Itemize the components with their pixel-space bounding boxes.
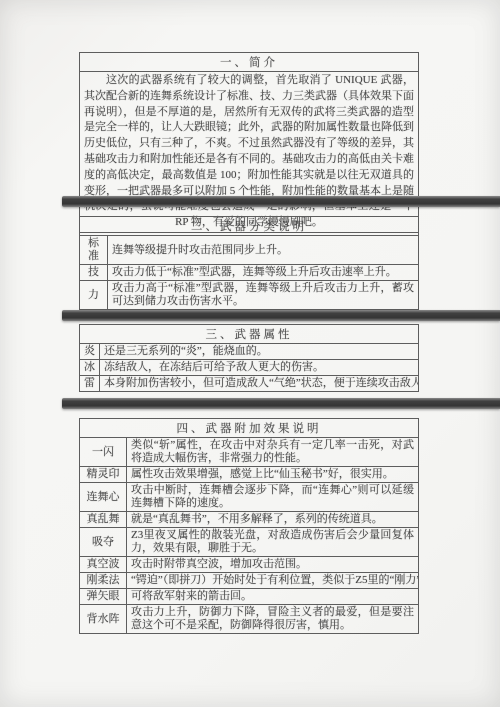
section-weapon-effects-table: 四、武器附加效果说明 一闪 类似“斩”属性，在攻击中对杂兵有一定几率一击死，对武… xyxy=(79,418,419,634)
row-description: 攻击中断时，连舞槽会逐步下降，而“连舞心”则可以延缓连舞槽下降的速度。 xyxy=(127,483,419,512)
scan-divider-bar xyxy=(62,196,500,207)
row-description: 可将敌军射来的箭击回。 xyxy=(127,589,419,605)
intro-paragraph: 这次的武器系统有了较大的调整，首先取消了 UNIQUE 武器，其次配合新的连舞系… xyxy=(80,72,419,233)
section-intro-title: 一、简介 xyxy=(80,53,419,72)
row-label: 雷 xyxy=(80,376,100,392)
row-label: 冰 xyxy=(80,360,100,376)
section-weapon-effects-title: 四、武器附加效果说明 xyxy=(80,419,419,438)
row-description: 类似“斩”属性，在攻击中对杂兵有一定几率一击死，对武将造成大幅伤害，非常强力的性… xyxy=(127,438,419,467)
row-label: 一闪 xyxy=(80,438,127,467)
scanned-document-page: 一、简介 这次的武器系统有了较大的调整，首先取消了 UNIQUE 武器，其次配合… xyxy=(0,0,500,707)
row-description: 就是“真乱舞书”，不用多解释了，系列的传统道具。 xyxy=(127,512,419,528)
row-description: 连舞等级提升时攻击范围同步上升。 xyxy=(108,236,419,265)
table-row: 真空波 攻击时附带真空波，增加攻击范围。 xyxy=(80,557,419,573)
table-row: 炎 还是三无系列的“炎”，能烧血的。 xyxy=(80,344,419,360)
row-label: 力 xyxy=(80,281,108,310)
table-row: 连舞心 攻击中断时，连舞槽会逐步下降，而“连舞心”则可以延缓连舞槽下降的速度。 xyxy=(80,483,419,512)
row-description: 攻击力低于“标准”型武器，连舞等级上升后攻击速率上升。 xyxy=(108,265,419,281)
row-description: 攻击力高于“标准”型武器，连舞等级上升后攻击力上升，蓄攻可达到储力攻击伤害水平。 xyxy=(108,281,419,310)
section-weapon-class-title: 二、武器分类说明 xyxy=(80,217,419,236)
row-description: 还是三无系列的“炎”，能烧血的。 xyxy=(100,344,419,360)
table-row: 一闪 类似“斩”属性，在攻击中对杂兵有一定几率一击死，对武将造成大幅伤害，非常强… xyxy=(80,438,419,467)
row-label: 弹矢眼 xyxy=(80,589,127,605)
row-label: 炎 xyxy=(80,344,100,360)
row-label: 真乱舞 xyxy=(80,512,127,528)
section-weapon-class-table: 二、武器分类说明 标准 连舞等级提升时攻击范围同步上升。 技 攻击力低于“标准”… xyxy=(79,216,419,310)
row-label: 标准 xyxy=(80,236,108,265)
table-row: 力 攻击力高于“标准”型武器，连舞等级上升后攻击力上升，蓄攻可达到储力攻击伤害水… xyxy=(80,281,419,310)
scan-divider-bar xyxy=(62,310,500,321)
table-row: 雷 本身附加伤害较小，但可造成敌人“气绝”状态，便于连续攻击敌人。 xyxy=(80,376,419,392)
row-description: 冻结敌人，在冻结后可给予敌人更大的伤害。 xyxy=(100,360,419,376)
table-row: 技 攻击力低于“标准”型武器，连舞等级上升后攻击速率上升。 xyxy=(80,265,419,281)
row-description: 攻击时附带真空波，增加攻击范围。 xyxy=(127,557,419,573)
row-description: 攻击力上升，防御力下降，冒险主义者的最爱，但是要注意这个可不是采配，防御降得很厉… xyxy=(127,605,419,634)
table-row: 弹矢眼 可将敌军射来的箭击回。 xyxy=(80,589,419,605)
table-row: 真乱舞 就是“真乱舞书”，不用多解释了，系列的传统道具。 xyxy=(80,512,419,528)
row-label: 吸夺 xyxy=(80,528,127,557)
table-row: 精灵印 属性攻击效果增强，感觉上比“仙玉秘书”好，很实用。 xyxy=(80,467,419,483)
table-row: 标准 连舞等级提升时攻击范围同步上升。 xyxy=(80,236,419,265)
scan-divider-bar xyxy=(62,398,500,409)
table-row: 背水阵 攻击力上升，防御力下降，冒险主义者的最爱，但是要注意这个可不是采配，防御… xyxy=(80,605,419,634)
row-label: 连舞心 xyxy=(80,483,127,512)
row-label: 背水阵 xyxy=(80,605,127,634)
row-description: Z3里夜叉属性的散装光盘，对敌造成伤害后会少量回复体力，效果有限，聊胜于无。 xyxy=(127,528,419,557)
section-weapon-element-title: 三、武器属性 xyxy=(80,325,419,344)
table-row: 刚柔法 “锷迫”（即拼刀）开始时处于有利位置，类似于Z5里的“刚力”。 xyxy=(80,573,419,589)
row-label: 真空波 xyxy=(80,557,127,573)
row-label: 技 xyxy=(80,265,108,281)
row-description: 属性攻击效果增强，感觉上比“仙玉秘书”好，很实用。 xyxy=(127,467,419,483)
section-weapon-element-table: 三、武器属性 炎 还是三无系列的“炎”，能烧血的。 冰 冻结敌人，在冻结后可给予… xyxy=(79,324,419,392)
table-row: 吸夺 Z3里夜叉属性的散装光盘，对敌造成伤害后会少量回复体力，效果有限，聊胜于无… xyxy=(80,528,419,557)
row-description: “锷迫”（即拼刀）开始时处于有利位置，类似于Z5里的“刚力”。 xyxy=(127,573,419,589)
row-label: 精灵印 xyxy=(80,467,127,483)
row-label: 刚柔法 xyxy=(80,573,127,589)
table-row: 冰 冻结敌人，在冻结后可给予敌人更大的伤害。 xyxy=(80,360,419,376)
row-description: 本身附加伤害较小，但可造成敌人“气绝”状态，便于连续攻击敌人。 xyxy=(100,376,419,392)
